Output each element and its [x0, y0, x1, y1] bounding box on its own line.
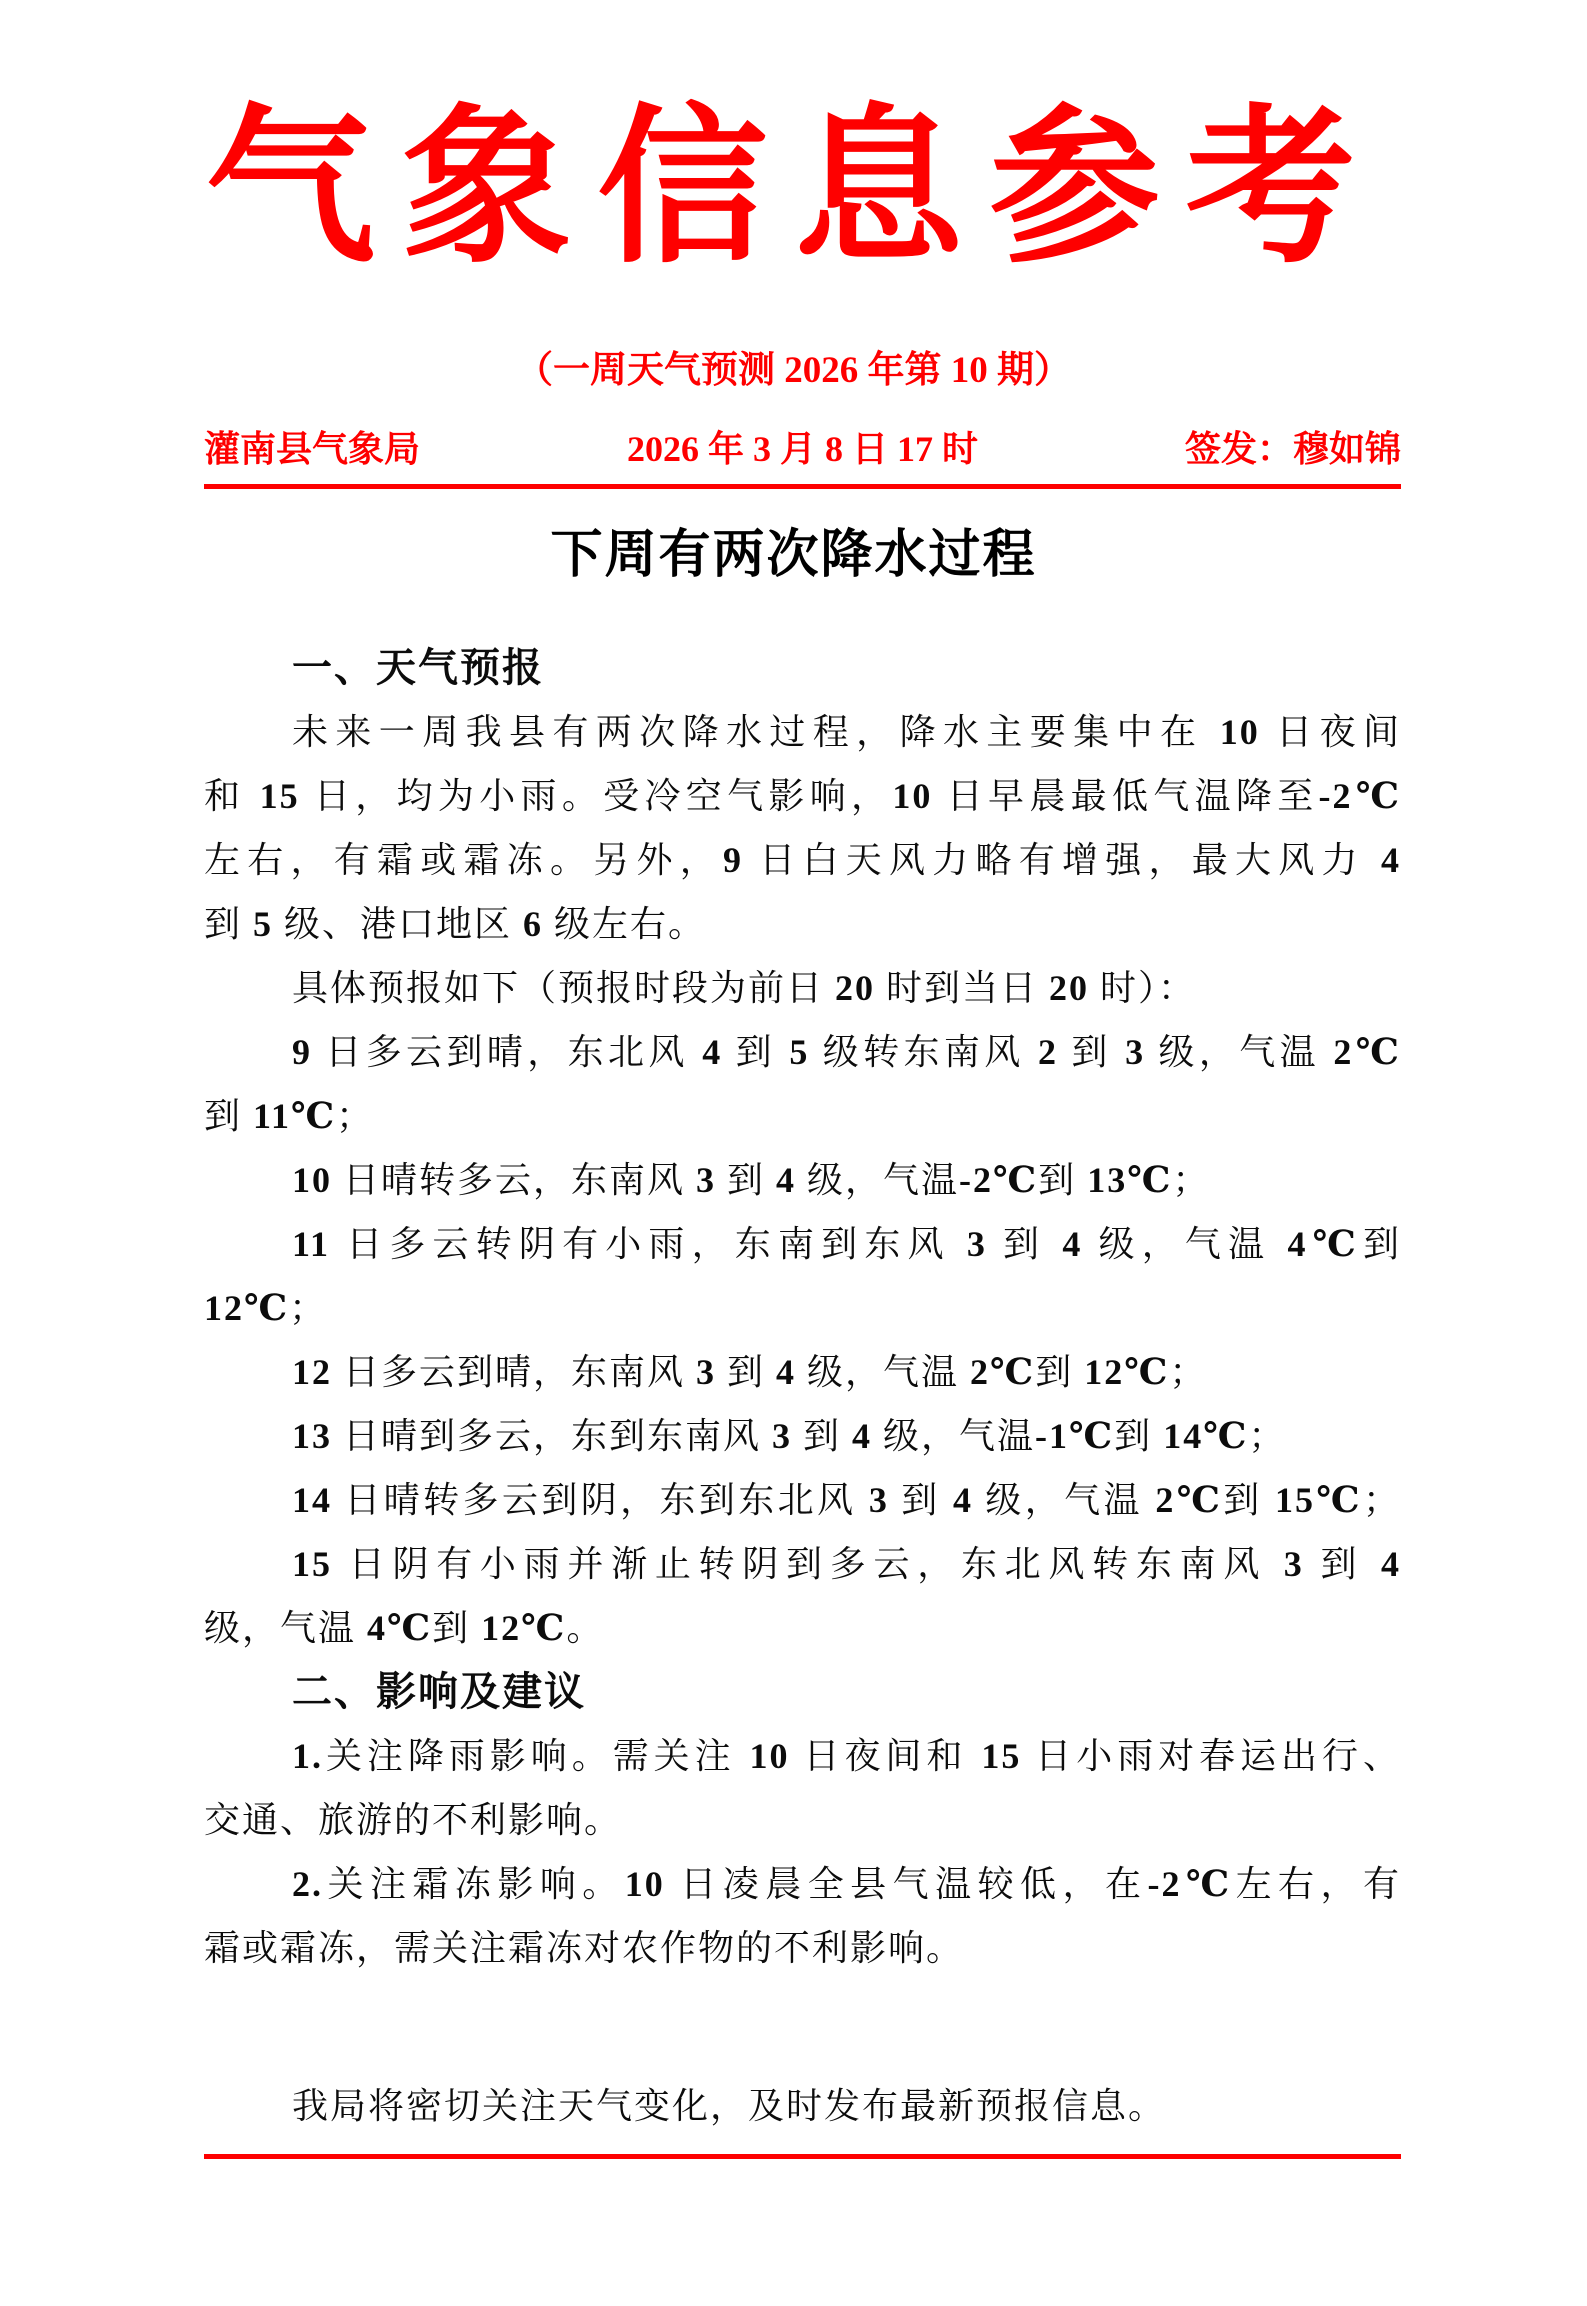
- document-title: 下周有两次降水过程: [0, 527, 1587, 584]
- agency-name: 灌南县气象局: [204, 421, 420, 472]
- body-line: 10 日晴转多云，东南风 3 到 4 级，气温-2℃到 13℃；: [204, 1148, 1401, 1212]
- body-line: 级，气温 4℃到 12℃。: [204, 1596, 1401, 1660]
- blank-gap: [204, 1980, 1401, 2074]
- body-line: 交通、旅游的不利影响。: [204, 1788, 1401, 1852]
- body-line: 12 日多云到晴，东南风 3 到 4 级，气温 2℃到 12℃；: [204, 1340, 1401, 1404]
- body-line: 13 日晴到多云，东到东南风 3 到 4 级，气温-1℃到 14℃；: [204, 1404, 1401, 1468]
- body-line: 12℃；: [204, 1276, 1401, 1340]
- issuer-signature: 签发：穆如锦: [1185, 421, 1401, 472]
- body-line: 9 日多云到晴，东北风 4 到 5 级转东南风 2 到 3 级，气温 2℃: [204, 1020, 1401, 1084]
- header-divider: [204, 484, 1401, 489]
- body-line: 到 5 级、港口地区 6 级左右。: [204, 892, 1401, 956]
- section-heading-impacts-suggestions: 二、影响及建议: [204, 1660, 1401, 1724]
- footer-divider: [204, 2154, 1401, 2159]
- closing-line: 我局将密切关注天气变化，及时发布最新预报信息。: [204, 2074, 1401, 2138]
- body-line: 1.关注降雨影响。需关注 10 日夜间和 15 日小雨对春运出行、: [204, 1724, 1401, 1788]
- body-line: 15 日阴有小雨并渐止转阴到多云，东北风转东南风 3 到 4: [204, 1532, 1401, 1596]
- issue-datetime: 2026 年 3 月 8 日 17 时: [627, 421, 978, 472]
- body-line: 11 日多云转阴有小雨，东南到东风 3 到 4 级，气温 4℃到: [204, 1212, 1401, 1276]
- body-line: 到 11℃；: [204, 1084, 1401, 1148]
- document-body: 一、天气预报 未来一周我县有两次降水过程，降水主要集中在 10 日夜间 和 15…: [204, 636, 1401, 2138]
- section-heading-weather-forecast: 一、天气预报: [204, 636, 1401, 700]
- body-line: 霜或霜冻，需关注霜冻对农作物的不利影响。: [204, 1916, 1401, 1980]
- masthead-title: 气象信息参考: [0, 88, 1587, 289]
- body-line: 14 日晴转多云到阴，东到东北风 3 到 4 级，气温 2℃到 15℃；: [204, 1468, 1401, 1532]
- body-line: 左右，有霜或霜冻。另外，9 日白天风力略有增强，最大风力 4: [204, 828, 1401, 892]
- meta-row: 灌南县气象局 2026 年 3 月 8 日 17 时 签发：穆如锦: [204, 421, 1401, 472]
- body-line: 2.关注霜冻影响。10 日凌晨全县气温较低，在-2℃左右，有: [204, 1852, 1401, 1916]
- weather-bulletin-page: 气象信息参考 （一周天气预测 2026 年第 10 期） 灌南县气象局 2026…: [0, 0, 1587, 2306]
- issue-line: （一周天气预测 2026 年第 10 期）: [0, 339, 1587, 393]
- body-line: 和 15 日，均为小雨。受冷空气影响，10 日早晨最低气温降至-2℃: [204, 764, 1401, 828]
- body-line: 具体预报如下（预报时段为前日 20 时到当日 20 时）：: [204, 956, 1401, 1020]
- body-line: 未来一周我县有两次降水过程，降水主要集中在 10 日夜间: [204, 700, 1401, 764]
